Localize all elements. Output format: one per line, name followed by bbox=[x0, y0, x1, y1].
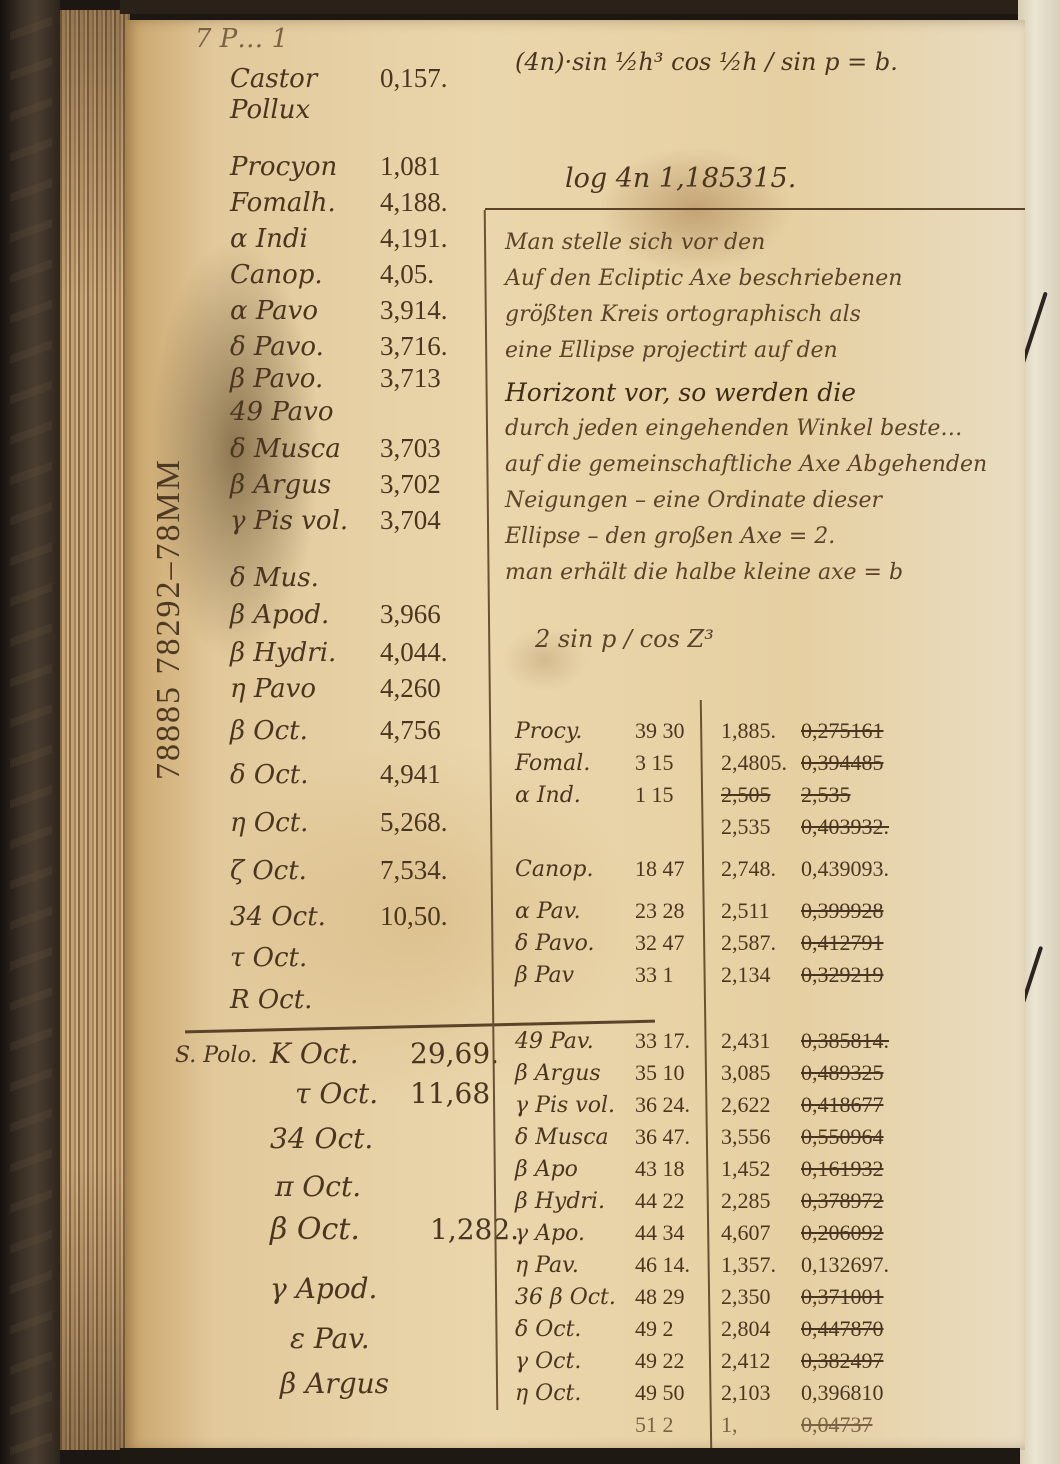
note-line: Neigungen – eine Ordinate dieser bbox=[505, 488, 882, 513]
table-row: β Apo43 181,4520,161932 bbox=[515, 1158, 884, 1181]
list-item: α Indi4,191. bbox=[230, 225, 448, 252]
list-item: τ Oct.11,68 bbox=[295, 1080, 490, 1108]
list-item: τ Oct. bbox=[230, 945, 380, 971]
list-item: η Oct.5,268. bbox=[230, 809, 448, 836]
table-row: δ Pavo.32 472,587.0,412791 bbox=[515, 932, 884, 955]
list-item: β Hydri.4,044. bbox=[230, 639, 448, 666]
manuscript-photo: 7 P… 1 (4n)·sin ½h³ cos ½h / sin p = b. … bbox=[0, 0, 1060, 1464]
list-item: γ Apod. bbox=[270, 1275, 377, 1303]
book-cover-binding bbox=[0, 0, 60, 1464]
note-line: eine Ellipse projectirt auf den bbox=[505, 338, 838, 363]
table-row: γ Oct.49 222,4120,382497 bbox=[515, 1350, 884, 1373]
list-item: δ Pavo.3,716. bbox=[230, 333, 448, 360]
list-item: ζ Oct.7,534. bbox=[230, 857, 448, 884]
star-list: Castor0,157. Pollux Procyon1,081 Fomalh.… bbox=[230, 65, 490, 1025]
header-rule bbox=[485, 208, 1025, 210]
list-item: 49 Pavo bbox=[230, 399, 380, 425]
list-item: β Argus3,702 bbox=[230, 471, 441, 498]
table-row: 49 Pav.33 17.2,4310,385814. bbox=[515, 1030, 889, 1053]
list-item: β Pavo.3,713 bbox=[230, 365, 441, 392]
list-item: Canop.4,05. bbox=[230, 261, 434, 288]
header-formula: (4n)·sin ½h³ cos ½h / sin p = b. bbox=[515, 50, 898, 74]
list-item: 34 Oct.10,50. bbox=[230, 903, 448, 930]
south-pole-list: S. Polo. K Oct.29,69. τ Oct.11,68 34 Oct… bbox=[175, 1035, 505, 1455]
margin-vertical-note: 78885 78292–78MM bbox=[150, 458, 188, 780]
log-line: log 4n 1,185315. bbox=[565, 165, 796, 192]
list-item: ε Pav. bbox=[290, 1325, 370, 1353]
table-row: η Pav.46 14.1,357.0,132697. bbox=[515, 1254, 889, 1277]
note-line: Ellipse – den großen Axe = 2. bbox=[505, 524, 835, 549]
table-row: δ Oct.49 22,8040,447870 bbox=[515, 1318, 884, 1341]
top-shadow bbox=[120, 0, 1020, 14]
table-row: β Argus35 103,0850,489325 bbox=[515, 1062, 884, 1085]
south-pole-label: S. Polo. bbox=[175, 1045, 257, 1067]
table-row: 2,5350,403932. bbox=[515, 816, 889, 838]
note-formula: 2 sin p / cos Z³ bbox=[535, 625, 714, 653]
list-item: R Oct. bbox=[230, 987, 380, 1013]
corner-note: 7 P… 1 bbox=[195, 26, 288, 52]
list-item: π Oct. bbox=[275, 1173, 361, 1201]
star-table: Procy.39 301,885.0,275161 Fomal.3 152,48… bbox=[515, 720, 1035, 1460]
list-item: Procyon1,081 bbox=[230, 153, 441, 180]
list-item: β Oct.4,756 bbox=[230, 717, 441, 744]
list-item: δ Oct.4,941 bbox=[230, 761, 441, 788]
list-item: β Oct.1,282. bbox=[270, 1215, 519, 1245]
list-item: β Argus bbox=[280, 1370, 389, 1398]
table-row: β Pav33 12,1340,329219 bbox=[515, 964, 884, 987]
note-line: durch jeden eingehenden Winkel beste… bbox=[505, 416, 962, 441]
table-row: δ Musca36 47.3,5560,550964 bbox=[515, 1126, 884, 1149]
list-item: γ Pis vol.3,704 bbox=[230, 507, 441, 534]
table-row: Canop.18 472,748.0,439093. bbox=[515, 858, 889, 881]
bottom-shadow bbox=[120, 1448, 1020, 1464]
list-item: δ Mus. bbox=[230, 565, 380, 591]
page-edges bbox=[60, 10, 130, 1450]
list-item: K Oct.29,69. bbox=[270, 1040, 499, 1068]
table-row: η Oct.49 502,1030,396810 bbox=[515, 1382, 884, 1405]
list-item: Castor0,157. bbox=[230, 65, 448, 92]
list-item: Fomalh.4,188. bbox=[230, 189, 448, 216]
note-line: Horizont vor, so werden die bbox=[505, 378, 856, 407]
list-item: δ Musca3,703 bbox=[230, 435, 441, 462]
table-row: γ Pis vol.36 24.2,6220,418677 bbox=[515, 1094, 884, 1117]
note-line: Auf den Ecliptic Axe beschriebenen bbox=[505, 266, 902, 291]
note-line: größten Kreis ortographisch als bbox=[505, 302, 861, 327]
list-item: η Pavo4,260 bbox=[230, 675, 441, 702]
list-item: 34 Oct. bbox=[270, 1125, 373, 1153]
table-row: Procy.39 301,885.0,275161 bbox=[515, 720, 884, 743]
table-row: 51 21,0,04737 bbox=[515, 1414, 873, 1436]
manuscript-page: 7 P… 1 (4n)·sin ½h³ cos ½h / sin p = b. … bbox=[125, 20, 1025, 1450]
list-item: β Apod.3,966 bbox=[230, 601, 441, 628]
table-row: 36 β Oct.48 292,3500,371001 bbox=[515, 1286, 884, 1309]
table-row: γ Apo.44 344,6070,206092 bbox=[515, 1222, 884, 1245]
table-row: α Pav.23 282,5110,399928 bbox=[515, 900, 884, 923]
table-row: Fomal.3 152,4805.0,394485 bbox=[515, 752, 884, 775]
note-line: auf die gemeinschaftliche Axe Abgehenden bbox=[505, 452, 987, 477]
list-item: α Pavo3,914. bbox=[230, 297, 448, 324]
table-row: α Ind.1 152,5052,535 bbox=[515, 784, 851, 807]
table-row: β Hydri.44 222,2850,378972 bbox=[515, 1190, 884, 1213]
note-line: Man stelle sich vor den bbox=[505, 230, 765, 255]
note-line: man erhält die halbe kleine axe = b bbox=[505, 560, 903, 585]
list-item: Pollux bbox=[230, 97, 380, 123]
